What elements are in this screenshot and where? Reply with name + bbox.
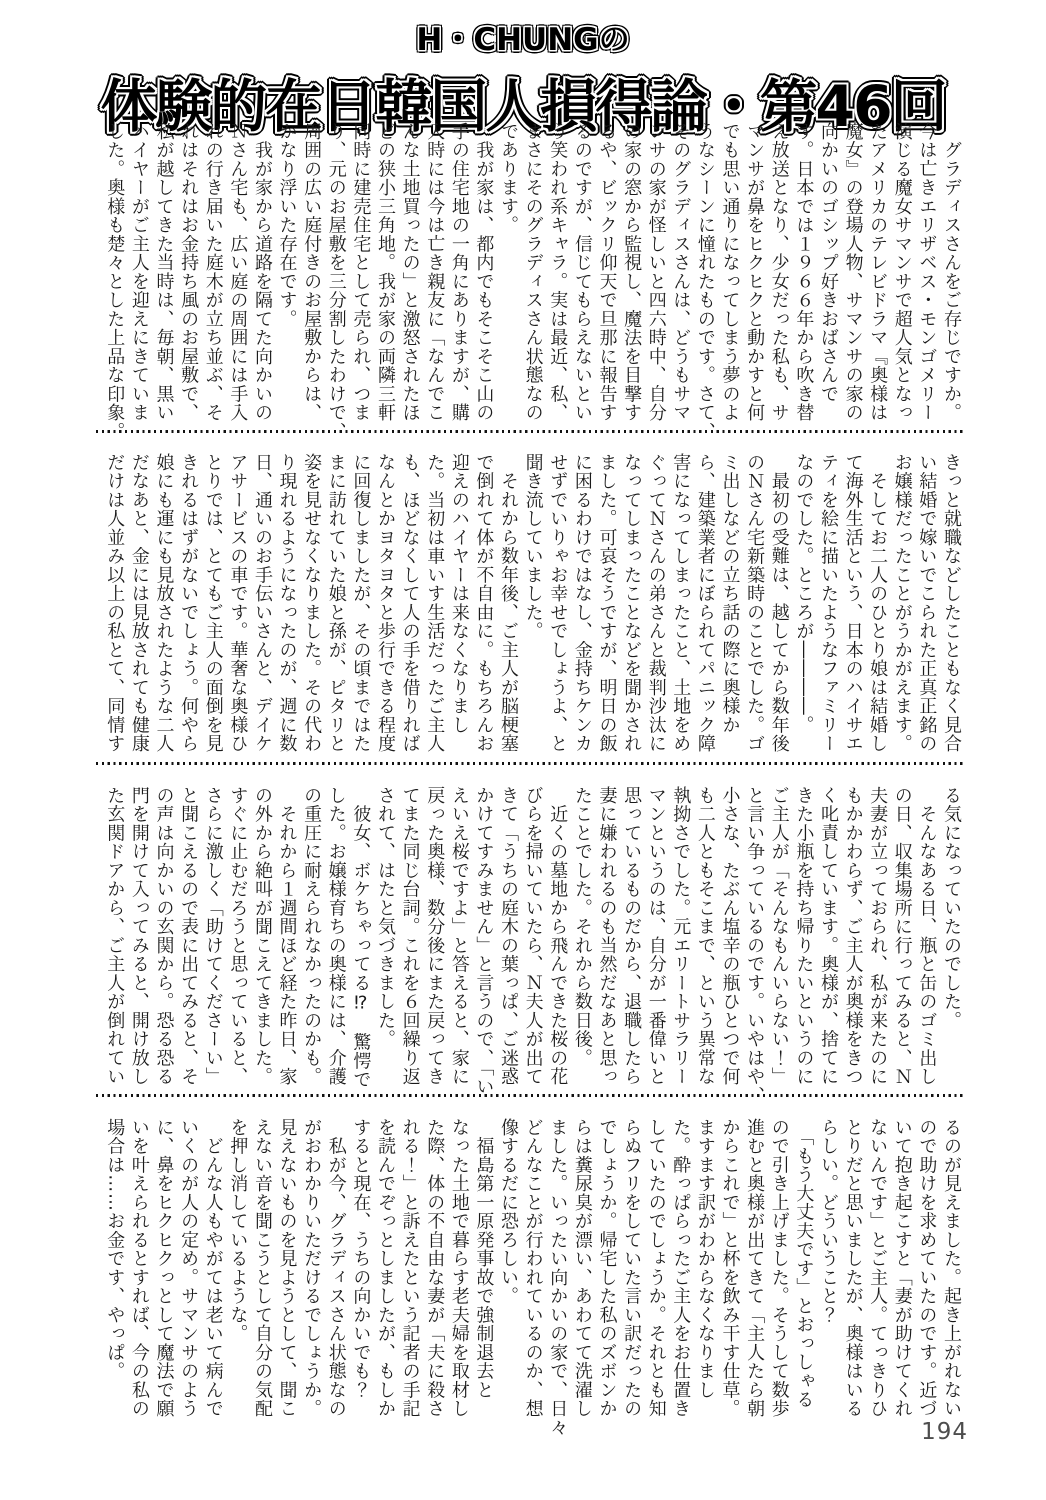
text-column: ぐってＮさんの弟さんと裁判沙汰に bbox=[643, 453, 668, 753]
text-column: そしてお二人のひとり娘は結婚し bbox=[865, 453, 890, 753]
text-column: らは糞尿臭が漂い、あわてて洗濯し bbox=[569, 1118, 594, 1418]
text-column: え放送となり、少女だった私も、サ bbox=[766, 122, 791, 422]
text-column: たアメリカのテレビドラマ『奥様は bbox=[865, 122, 890, 422]
text-column: それから数年後、ご主人が脳梗塞 bbox=[495, 453, 520, 753]
text-column: の重圧に耐えられなかったのかも。 bbox=[299, 786, 324, 1086]
text-column: 同時に建売住宅として売られ、つま bbox=[348, 122, 373, 422]
text-column: ご主人が「そんなもんいらない！」 bbox=[766, 786, 791, 1086]
text-column: だけは人並み以上の私とて、同情す bbox=[102, 453, 127, 753]
magazine-page: H・CHUNGの 体験的在日韓国人損得論・第46回 グラディスさんをご存じですか… bbox=[0, 0, 1046, 1500]
text-column: う笑われ系キャラ。実は最近、私、 bbox=[545, 122, 570, 422]
text-column: さらに激しく「助けてくださーい」 bbox=[200, 786, 225, 1086]
text-column: ので引き上げました。そうして数歩 bbox=[766, 1118, 791, 1418]
text-column: そんなある日、瓶と缶のゴミ出し bbox=[914, 786, 939, 1086]
text-column: の外から絶叫が聞こえてきました。 bbox=[249, 786, 274, 1086]
text-column: らしい。どういうこと？ bbox=[815, 1118, 840, 1418]
text-column: 日、通いのお手伝いさんと、デイケ bbox=[249, 453, 274, 753]
text-column: 入時には今は亡き親友に「なんでこ bbox=[422, 122, 447, 422]
text-column: であります。 bbox=[495, 122, 520, 422]
text-column: 演じる魔女サマンサで超人気となっ bbox=[889, 122, 914, 422]
text-column: んな土地買ったの」と激怒されたほ bbox=[397, 122, 422, 422]
page-number: 194 bbox=[921, 1419, 968, 1445]
text-column: もかかわらず、ご主人が奥様をきつ bbox=[840, 786, 865, 1086]
text-column: なった土地で暮らす老夫婦を取材し bbox=[446, 1118, 471, 1418]
text-column: なってしまったことなどを聞かされ bbox=[618, 453, 643, 753]
text-column: ハイヤーがご主人を迎えにきていま bbox=[126, 122, 151, 422]
text-column: 近くの墓地から飛んできた桜の花 bbox=[545, 786, 570, 1086]
text-column: 今は亡きエリザベス・モンゴメリー bbox=[914, 122, 939, 422]
text-column: それから１週間ほど経た昨日、家 bbox=[274, 786, 299, 1086]
text-band-1: グラディスさんをご存じですか。今は亡きエリザベス・モンゴメリー演じる魔女サマンサ… bbox=[101, 122, 963, 422]
text-column: らぬフリをしていた言い訳だったの bbox=[618, 1118, 643, 1418]
text-column: ますます訳がわからなくなりまし bbox=[692, 1118, 717, 1418]
text-column: すると現在、うちの向かいでも？ bbox=[348, 1118, 373, 1418]
text-column: も二人ともそこまで、という異常な bbox=[692, 786, 717, 1086]
text-column: 聞き流していました。 bbox=[520, 453, 545, 753]
text-column: た。当初は車いす生活だったご主人 bbox=[422, 453, 447, 753]
text-band-2: きっと就職などしたこともなく見合い結婚で嫁いでこられた正真正銘のお嬢様だったこと… bbox=[101, 453, 963, 753]
text-column: びらを掃いていたら、Ｎ夫人が出て bbox=[520, 786, 545, 1086]
text-column: いを叶えられるとすれば、今の私の bbox=[126, 1118, 151, 1418]
text-column: 像するだに恐ろしい。 bbox=[495, 1118, 520, 1418]
article-supertitle: H・CHUNGの bbox=[0, 14, 1046, 59]
text-column: からこれで」と杯を飲み干す仕草。 bbox=[717, 1118, 742, 1418]
text-column: るのが見えました。起き上がれない bbox=[938, 1118, 963, 1418]
text-column: 娘にも運にも見放されたような二人 bbox=[151, 453, 176, 753]
text-column: きれるはずがないでしょう。何やら bbox=[176, 453, 201, 753]
text-column: 彼女、ボケちゃってる⁉ 驚愕で bbox=[348, 786, 373, 1086]
text-column: どんなことが行われているのか、想 bbox=[520, 1118, 545, 1418]
text-column: きた小瓶を持ち帰りたいというのに bbox=[791, 786, 816, 1086]
text-column: 迎えのハイヤーは来なくなりまし bbox=[446, 453, 471, 753]
text-column: た際、体の不自由な妻が「夫に殺さ bbox=[422, 1118, 447, 1418]
text-column: 魔女』の登場人物、サマンサの家の bbox=[840, 122, 865, 422]
text-column: の家の窓から監視し、魔法を目撃す bbox=[618, 122, 643, 422]
text-column: 害になってしまったこと、土地をめ bbox=[668, 453, 693, 753]
text-column: ンサの家が怪しいと四六時中、自分 bbox=[643, 122, 668, 422]
text-column: ら、建築業者にぼられてパニック障 bbox=[692, 453, 717, 753]
text-column: 手の住宅地の一角にありますが、購 bbox=[446, 122, 471, 422]
text-column: かなり浮いた存在です。 bbox=[274, 122, 299, 422]
text-column: なんとかヨタヨタと歩行できる程度 bbox=[372, 453, 397, 753]
text-column: る気になっていたのでした。 bbox=[938, 786, 963, 1086]
text-column: アサービスの車です。華奢な奥様ひ bbox=[225, 453, 250, 753]
text-column: と聞こえるので表に出てみると、そ bbox=[176, 786, 201, 1086]
text-column: 我が家から道路を隔てた向かいの bbox=[249, 122, 274, 422]
text-column: い結婚で嫁いでこられた正真正銘の bbox=[914, 453, 939, 753]
text-column: かけてすみません」と言うので、「い bbox=[471, 786, 496, 1086]
text-column: どの狭小三角地。我が家の両隣三軒 bbox=[372, 122, 397, 422]
text-column: るや、ビックリ仰天で旦那に報告す bbox=[594, 122, 619, 422]
text-column: お嬢様だったことがうかがえます。 bbox=[889, 453, 914, 753]
text-column: うなシーンに憧れたものです。さて、 bbox=[692, 122, 717, 422]
text-column: マンサが鼻をヒクヒクと動かすと何 bbox=[742, 122, 767, 422]
text-column: した。お嬢様育ちの奥様には、介護 bbox=[323, 786, 348, 1086]
text-column: 周囲の広い庭付きのお屋敷からは、 bbox=[299, 122, 324, 422]
text-column: いくのが人の定め。サマンサのよう bbox=[176, 1118, 201, 1418]
text-column: のＮさん宅新築時のことでした。ゴ bbox=[742, 453, 767, 753]
text-column: 見えないものを見ようとして、聞こ bbox=[274, 1118, 299, 1418]
text-column: 福島第一原発事故で強制退去と bbox=[471, 1118, 496, 1418]
dotted-separator bbox=[96, 1094, 966, 1097]
text-column: に困るわけではなし、金持ちケンカ bbox=[569, 453, 594, 753]
text-band-4: るのが見えました。起き上がれないので助けを求めていたのです。近づいて抱き起こすと… bbox=[101, 1118, 963, 1418]
text-column: でも思い通りになってしまう夢のよ bbox=[717, 122, 742, 422]
text-column: ないんです」とご主人。てっきりひ bbox=[865, 1118, 890, 1418]
text-column: なのでした。ところが――――。 bbox=[791, 453, 816, 753]
text-column: グラディスさんをご存じですか。 bbox=[938, 122, 963, 422]
text-column: Ｎさん宅も、広い庭の周囲には手入 bbox=[225, 122, 250, 422]
dotted-separator bbox=[96, 430, 966, 433]
text-column: 思っているものだから、退職したら bbox=[618, 786, 643, 1086]
text-column: を読んでぞっとしましたが、もしか bbox=[372, 1118, 397, 1418]
text-column: すぐに止むだろうと思っていると、 bbox=[225, 786, 250, 1086]
text-column: れの行き届いた庭木が立ち並ぶ、そ bbox=[200, 122, 225, 422]
text-column: えない音を聞こうとして自分の気配 bbox=[249, 1118, 274, 1418]
text-column: 戻った奥様、数分後にまた戻ってき bbox=[422, 786, 447, 1086]
text-column: てまた同じ台詞。これを６回繰り返 bbox=[397, 786, 422, 1086]
text-column: で倒れて体が不自由に。もちろんお bbox=[471, 453, 496, 753]
text-column: した。奥様も楚々とした上品な印象。 bbox=[102, 122, 127, 422]
text-column: ミ出しなどの立ち話の際に奥様か bbox=[717, 453, 742, 753]
text-column: 門を開けて入ってみると、開け放し bbox=[126, 786, 151, 1086]
text-column: ました。可哀そうですが、明日の飯 bbox=[594, 453, 619, 753]
text-column: 私が今、グラディスさん状態なの bbox=[323, 1118, 348, 1418]
text-band-3: る気になっていたのでした。 そんなある日、瓶と缶のゴミ出しの日、収集場所に行って… bbox=[101, 786, 963, 1086]
dotted-separator bbox=[96, 762, 966, 765]
text-column: がおわかりいただけるでしょうか。 bbox=[299, 1118, 324, 1418]
text-column: に回復しましたが、その頃まではた bbox=[348, 453, 373, 753]
text-column: を押し消しているような。 bbox=[225, 1118, 250, 1418]
text-column: とりでは、とてもご主人の面倒を見 bbox=[200, 453, 225, 753]
text-column: 小さな、たぶん塩辛の瓶ひとつで何 bbox=[717, 786, 742, 1086]
text-column: せずでいりゃお幸せでしょうよ、と bbox=[545, 453, 570, 753]
text-column: されて、はたと気づきました。 bbox=[372, 786, 397, 1086]
text-column: も、ほどなくして人の手を借りれば bbox=[397, 453, 422, 753]
text-column: マンというのは、自分が一番偉いと bbox=[643, 786, 668, 1086]
text-column: 場合は……お金です、やっぱ。 bbox=[102, 1118, 127, 1418]
text-column: まさにそのグラディスさん状態なの bbox=[520, 122, 545, 422]
text-column: だなあと、金には見放されても健康 bbox=[126, 453, 151, 753]
text-column: とりだと思いましたが、奥様はいる bbox=[840, 1118, 865, 1418]
text-column: きっと就職などしたこともなく見合 bbox=[938, 453, 963, 753]
text-column: 執拗さでした。元エリートサラリー bbox=[668, 786, 693, 1086]
text-column: く叱責しています。奥様が、捨てに bbox=[815, 786, 840, 1086]
text-column: て海外生活という、日本のハイサエ bbox=[840, 453, 865, 753]
text-column: 「もう大丈夫です」とおっしゃる bbox=[791, 1118, 816, 1418]
text-column: そのグラディスさんは、どうもサマ bbox=[668, 122, 693, 422]
text-column: どんな人もやがては老いて病んで bbox=[200, 1118, 225, 1418]
text-column: 進むと奥様が出てきて「主人たら朝 bbox=[742, 1118, 767, 1418]
text-column: していたのでしょうか。それとも知 bbox=[643, 1118, 668, 1418]
text-column: 妻に嫌われるのも当然だなあと思っ bbox=[594, 786, 619, 1086]
text-column: ました。いったい向かいの家で、日々 bbox=[545, 1118, 570, 1418]
text-column: 向かいのゴシップ好きおばさんで bbox=[815, 122, 840, 422]
text-column: 夫妻が立っておられ、私が来たのに bbox=[865, 786, 890, 1086]
text-column: 我が家は、都内でもそこそこ山の bbox=[471, 122, 496, 422]
text-column: 姿を見せなくなりました。その代わ bbox=[299, 453, 324, 753]
text-column: ティを絵に描いたようなファミリー bbox=[815, 453, 840, 753]
text-column: たことでした。それから数日後。 bbox=[569, 786, 594, 1086]
text-column: に、鼻をヒクヒクっとして魔法で願 bbox=[151, 1118, 176, 1418]
text-column: まに訪れていた娘と孫が、ピタリと bbox=[323, 453, 348, 753]
text-column: れはそれはお金持ち風のお屋敷で、 bbox=[176, 122, 201, 422]
text-column: るのですが、信じてもらえないとい bbox=[569, 122, 594, 422]
text-column: と言い争っているのです。いやはや、 bbox=[742, 786, 767, 1086]
text-column: の日、収集場所に行ってみると、Ｎ bbox=[889, 786, 914, 1086]
text-column: いて抱き起こすと「妻が助けてくれ bbox=[889, 1118, 914, 1418]
text-column: えいえ桜ですよ」と答えると、家に bbox=[446, 786, 471, 1086]
text-column: 私が越してきた当時は、毎朝、黒い bbox=[151, 122, 176, 422]
text-column: た。酔っぱらったご主人をお仕置き bbox=[668, 1118, 693, 1418]
text-column: きて「うちの庭木の葉っぱ、ご迷惑 bbox=[495, 786, 520, 1086]
text-column: り、元のお屋敷を三分割したわけで、 bbox=[323, 122, 348, 422]
text-column: す。日本では１９６６年から吹き替 bbox=[791, 122, 816, 422]
text-column: 最初の受難は、越してから数年後 bbox=[766, 453, 791, 753]
text-column: ので助けを求めていたのです。近づ bbox=[914, 1118, 939, 1418]
text-column: れる！」と訴えたという記者の手記 bbox=[397, 1118, 422, 1418]
text-column: た玄関ドアから、ご主人が倒れてい bbox=[102, 786, 127, 1086]
text-column: でしょうか。帰宅した私のズボンか bbox=[594, 1118, 619, 1418]
text-column: り現れるようになったのが、週に数 bbox=[274, 453, 299, 753]
text-column: の声は向かいの玄関から。恐る恐る bbox=[151, 786, 176, 1086]
